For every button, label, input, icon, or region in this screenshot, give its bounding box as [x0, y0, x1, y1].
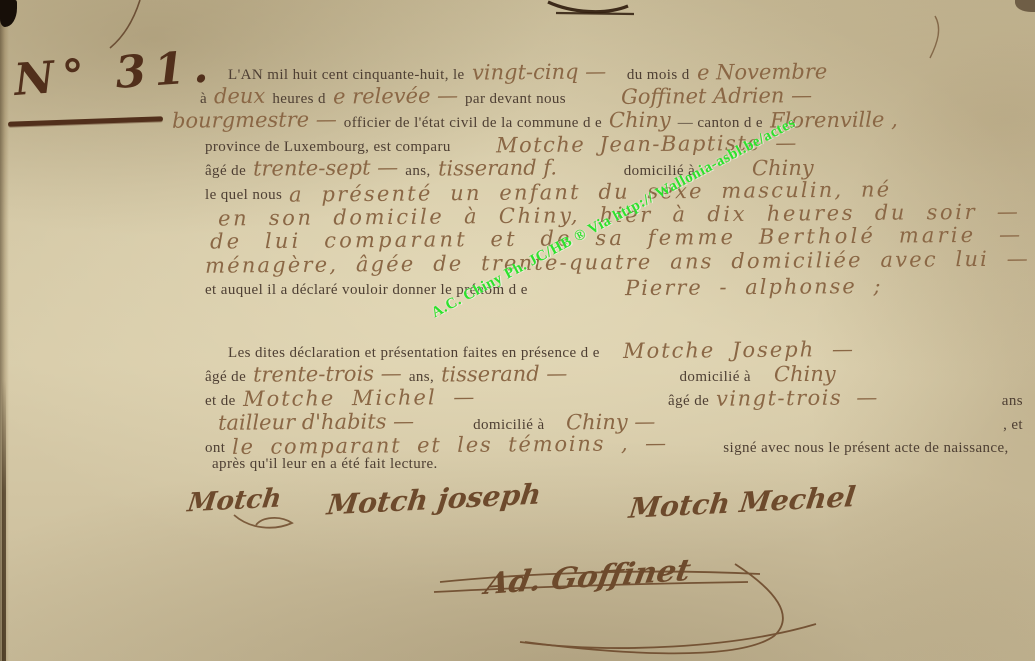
handwritten-entry: tisserand f. [438, 155, 557, 180]
printed-text: — canton d e [678, 115, 763, 132]
printed-text: signé avec nous le présent acte de naiss… [723, 440, 1008, 457]
printed-text: le quel nous [205, 187, 282, 204]
printed-text: domicilié à [680, 369, 751, 386]
act-line: et deMotche Michel —âgé devingt-trois —a… [205, 386, 1030, 412]
handwritten-entry: trente-sept — [253, 155, 398, 180]
handwritten-entry: Pierre - alphonse ; [625, 274, 883, 300]
handwritten-entry: ménagère, âgée de trente-quatre ans domi… [205, 246, 1035, 277]
act-line: et auquel il a déclaré vouloir donner le… [205, 275, 1030, 301]
act-line: âgé detrente-trois —ans,tisserand —domic… [205, 362, 1030, 388]
signature-declarant: Motch [186, 484, 283, 519]
printed-text: à [200, 91, 207, 108]
handwritten-entry: trente-trois — [253, 361, 402, 386]
act-line: Les dites déclaration et présentation fa… [228, 338, 1030, 364]
printed-text: officier de l'état civil de la commune d… [344, 115, 602, 132]
act-body: L'AN mil huit cent cinquante-huit, levin… [0, 0, 1035, 661]
printed-text: du mois d [627, 67, 690, 84]
printed-text: âgé de [668, 393, 709, 410]
printed-text: âgé de [205, 369, 246, 386]
handwritten-entry: Chiny [609, 108, 671, 133]
handwritten-entry: e Novembre [697, 59, 827, 84]
printed-text: âgé de [205, 163, 246, 180]
printed-text: par devant nous [465, 91, 566, 108]
printed-text: ans [1002, 393, 1023, 410]
handwritten-entry: e relevée — [333, 83, 458, 108]
handwritten-entry: Goffinet Adrien — [621, 83, 812, 109]
printed-text: ans, [405, 163, 430, 180]
handwritten-entry: deux [214, 84, 265, 108]
act-line: ménagère, âgée de trente-quatre ans domi… [205, 250, 1030, 276]
act-line: après qu'il leur en a été fait lecture. [212, 456, 1030, 482]
printed-text: province de Luxembourg, est comparu [205, 139, 451, 156]
printed-text: après qu'il leur en a été fait lecture. [212, 456, 438, 473]
printed-text: Les dites déclaration et présentation fa… [228, 345, 600, 362]
act-line: bourgmestre —officier de l'état civil de… [172, 108, 1030, 134]
act-line: âgé detrente-sept —ans,tisserand f.domic… [205, 156, 1030, 182]
act-line: province de Luxembourg, est comparuMotch… [205, 132, 1030, 158]
act-line: L'AN mil huit cent cinquante-huit, levin… [228, 60, 1030, 86]
printed-text: ans, [409, 369, 434, 386]
printed-text: L'AN mil huit cent cinquante-huit, le [228, 67, 465, 84]
printed-text: heures d [272, 91, 326, 108]
printed-text: , et [1003, 417, 1023, 434]
handwritten-entry: bourgmestre — [172, 107, 337, 132]
handwritten-entry: tisserand — [441, 361, 568, 386]
handwritten-entry: le comparant et les témoins , — [232, 431, 668, 459]
act-line: àdeuxheures de relevée —par devant nousG… [200, 84, 1030, 110]
handwritten-entry: Motche Joseph — [623, 337, 855, 363]
handwritten-entry: vingt-cinq — [472, 59, 606, 84]
document-scan: N° 31. L'AN mil huit cent cinquante-huit… [0, 0, 1035, 661]
handwritten-entry: Chiny [774, 362, 836, 387]
printed-text: et de [205, 393, 236, 410]
handwritten-entry: tailleur d'habits — [218, 409, 414, 435]
handwritten-entry: Motche Michel — [243, 385, 477, 411]
printed-text: ont [205, 440, 225, 457]
handwritten-entry: vingt-trois — [716, 385, 879, 410]
handwritten-entry: Chiny [752, 156, 814, 181]
